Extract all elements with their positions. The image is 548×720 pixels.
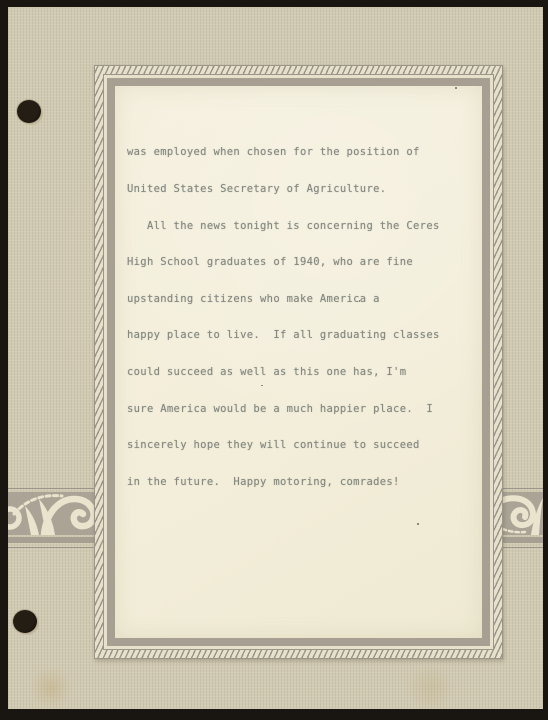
binder-hole-top-icon bbox=[17, 100, 41, 123]
typed-line: could succeed as well as this one has, I… bbox=[127, 366, 474, 378]
typed-line: happy place to live. If all graduating c… bbox=[127, 329, 474, 341]
paper-speck bbox=[359, 300, 360, 302]
frame-gap: was employed when chosen for the positio… bbox=[103, 74, 494, 650]
paper-speck bbox=[417, 523, 419, 525]
typed-line: sincerely hope they will continue to suc… bbox=[127, 439, 474, 451]
typed-line: United States Secretary of Agriculture. bbox=[127, 183, 474, 195]
typed-line: All the news tonight is concerning the C… bbox=[127, 220, 474, 232]
scanned-scrapbook-photo: { "photo": { "border_color": "#191511" }… bbox=[0, 0, 548, 720]
mounted-paper: was employed when chosen for the positio… bbox=[107, 78, 490, 646]
typed-line: High School graduates of 1940, who are f… bbox=[127, 256, 474, 268]
rope-border-frame: was employed when chosen for the positio… bbox=[94, 65, 503, 659]
paper-speck bbox=[261, 385, 263, 386]
binder-hole-bottom-icon bbox=[13, 610, 37, 633]
typed-line: was employed when chosen for the positio… bbox=[127, 146, 474, 158]
album-page: was employed when chosen for the positio… bbox=[8, 7, 543, 709]
typed-line: in the future. Happy motoring, comrades! bbox=[127, 476, 474, 488]
paper-speck bbox=[455, 87, 457, 89]
typed-line: upstanding citizens who make America a bbox=[127, 293, 474, 305]
typewritten-text: was employed when chosen for the positio… bbox=[115, 86, 482, 513]
typed-line: sure America would be a much happier pla… bbox=[127, 403, 474, 415]
scroll-ornament-left-icon bbox=[8, 492, 100, 535]
photo-frame: was employed when chosen for the positio… bbox=[0, 0, 548, 720]
